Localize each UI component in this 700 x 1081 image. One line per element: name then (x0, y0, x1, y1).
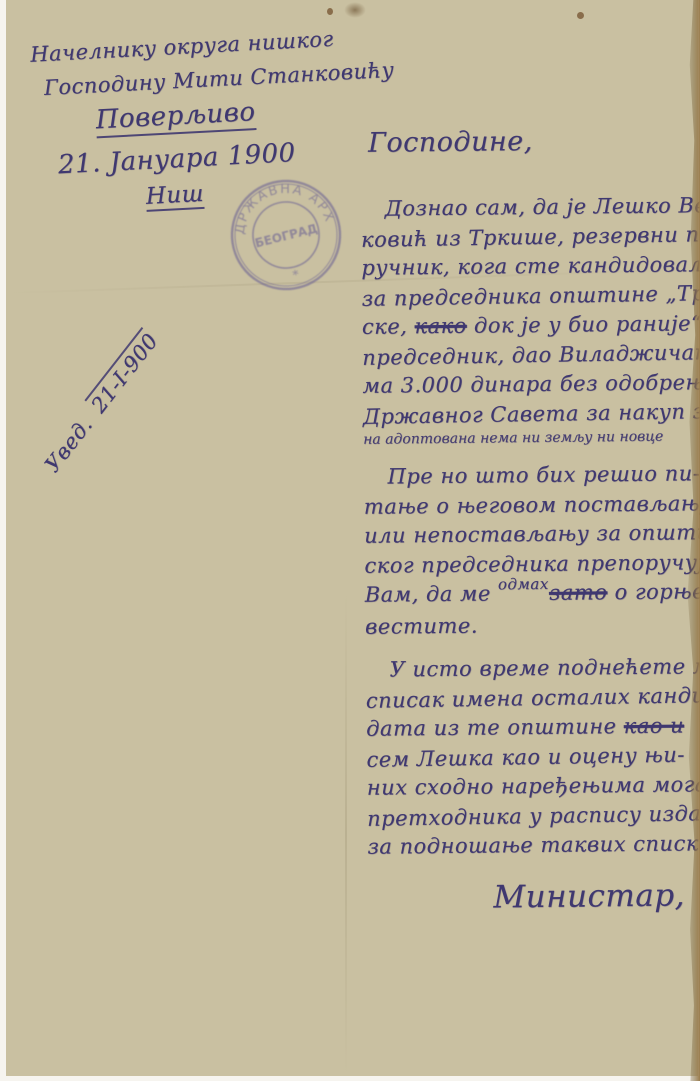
text-segment: док је у био раније“ (467, 311, 700, 337)
addressee-line: Начелнику округа нишког (30, 25, 361, 66)
text-segment: них сходно наређењима мога“ (367, 772, 700, 800)
salutation: Господине, (368, 124, 700, 159)
text-segment: списак имена осталих канди- (366, 683, 700, 713)
paragraph: Дознао сам, да је Лешко Вељ-ковић из Трк… (361, 191, 700, 449)
paper-sheet: Начелнику округа нишког Господину Мити С… (6, 0, 698, 1076)
text-segment: за председника општине „Трки- (361, 280, 700, 310)
stamp-center-text: БЕОГРАД (254, 221, 319, 250)
place-line: Ниш (145, 181, 205, 212)
handwriting-line: Државног Савета за накуп земљу (363, 397, 700, 432)
struck-word: зато (549, 580, 608, 605)
struck-word: како (414, 314, 466, 339)
text-segment: Вам, да ме (365, 581, 498, 606)
text-segment: Дознао сам, да је Лешко Вељ- (385, 193, 700, 221)
text-segment: вестите. (365, 613, 478, 638)
signature: Министар, (368, 877, 685, 916)
handwriting-line: на адоптована нема ни земљу ни новце (363, 427, 700, 449)
handwriting-line: за подношање таквих спискова. (367, 829, 700, 862)
handwriting-line: них сходно наређењима мога“ (367, 770, 700, 803)
handwriting-line: или непостављању за општин- (364, 518, 700, 551)
text-segment: председник, дао Виладжичата (362, 339, 700, 369)
handwriting-line: ручник, кога сте кандидовали (361, 250, 700, 283)
handwriting-line: тање о његовом постављању“ (364, 489, 700, 522)
text-segment: Пре но што бих решио пи- (387, 461, 700, 488)
letter-paragraphs: Дознао сам, да је Лешко Вељ-ковић из Трк… (361, 191, 700, 862)
text-segment: тање о његовом постављању“ (364, 491, 700, 519)
struck-word: као и (624, 713, 685, 738)
text-segment: У исто време поднећете ми (389, 654, 700, 682)
handwriting-line: У исто време поднећете ми (365, 652, 700, 685)
handwriting-line: Пре но што бих решио пи- (363, 459, 700, 492)
text-segment: ковић из Тркише, резервни по- (361, 221, 700, 251)
paragraph: У исто време поднећете мисписак имена ос… (365, 652, 700, 862)
text-segment: Државног Савета за накуп земљу (363, 398, 700, 429)
paragraph: Пре но што бих решио пи-тање о његовом п… (363, 459, 700, 642)
stamp-bottom-mark: * (291, 267, 300, 282)
text-segment: сем Лешка као и оцену њи- (366, 742, 685, 771)
text-segment: за подношање таквих спискова. (367, 831, 700, 859)
text-segment: претходника у распису издатим (367, 800, 700, 830)
text-segment: ручник, кога сте кандидовали (361, 252, 700, 280)
handwriting-line: списак имена осталих канди- (366, 681, 700, 716)
handwriting-line: Дознао сам, да је Лешко Вељ- (361, 191, 700, 224)
text-segment: или непостављању за општин- (364, 520, 700, 548)
text-segment: на адоптована нема ни земљу ни новце (363, 429, 663, 448)
handwriting-line: ма 3.000 динара без одобрења“ (362, 368, 700, 401)
handwriting-line: ковић из Тркише, резервни по- (361, 220, 700, 255)
filing-annotation: Увед. 21-I-900 (40, 329, 163, 477)
inserted-word: одмах (498, 570, 549, 600)
confidential-label: Поверљиво (95, 97, 256, 138)
paper-tear (344, 2, 366, 18)
text-segment: дата из те општине (366, 714, 624, 741)
paper-crease (345, 592, 347, 1076)
text-segment: ске, (362, 314, 415, 339)
handwriting-line: председник, дао Виладжичата (362, 338, 700, 373)
letter-body: Господине, Дознао сам, да је Лешко Вељ-к… (360, 124, 700, 916)
handwriting-line: сем Лешка као и оцену њи- (366, 740, 700, 775)
paper-speck (327, 8, 333, 15)
document-scan: Начелнику округа нишког Господину Мити С… (0, 0, 700, 1081)
text-segment: ма 3.000 динара без одобрења“ (362, 370, 700, 398)
handwriting-line: вестите. (365, 609, 700, 642)
paper-speck (577, 12, 584, 19)
handwriting-line: претходника у распису издатим (367, 799, 700, 834)
handwriting-line: за председника општине „Трки- (361, 279, 700, 314)
handwriting-line: ске, како док је у био раније“ (362, 309, 700, 342)
filing-annotation-date: 21-I-900 (84, 327, 163, 417)
filing-annotation-prefix: Увед. (40, 413, 97, 477)
handwriting-line: дата из те општине као и (366, 711, 700, 744)
handwriting-line: Вам, да ме одмахзато о горњем из- (365, 577, 700, 612)
text-segment: о горњем из- (607, 579, 700, 605)
